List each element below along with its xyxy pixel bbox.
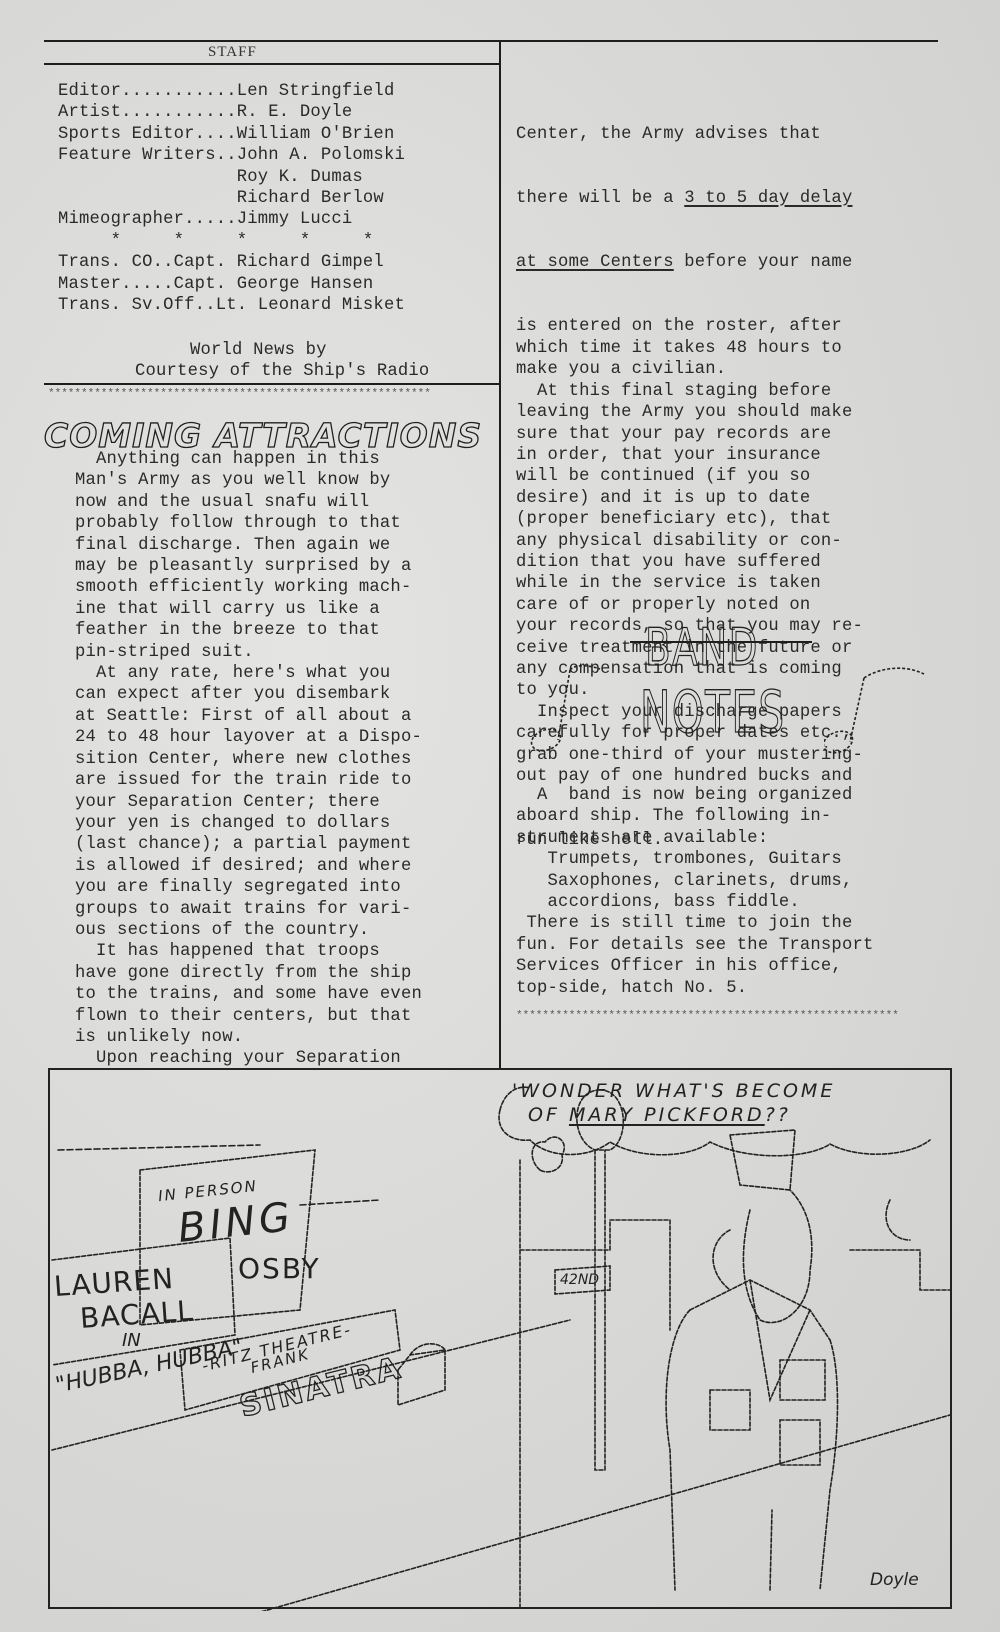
speech-prefix: OF: [528, 1104, 569, 1126]
staff-title-underline: [44, 63, 500, 65]
staff-line: Artist...........R. E. Doyle: [58, 102, 405, 123]
article-line: pin-striped suit.: [75, 642, 422, 663]
speech-name: MARY PICKFORD: [569, 1104, 765, 1126]
article-line: Man's Army as you well know by: [75, 470, 422, 491]
article-line: your yen is changed to dollars: [75, 813, 422, 834]
article-line: ine that will carry us like a: [75, 599, 422, 620]
speech-suffix: ??: [765, 1104, 791, 1126]
continued-line-1: Center, the Army advises that: [516, 124, 863, 145]
article-line: is entered on the roster, after: [516, 316, 863, 337]
band-notes-title-band: BAND: [645, 618, 759, 678]
continued-line-3: at some Centers before your name: [516, 252, 863, 273]
article-line: feather in the breeze to that: [75, 620, 422, 641]
bacall-sign-line-3: IN: [122, 1330, 141, 1351]
article-line: ous sections of the country.: [75, 920, 422, 941]
top-rule: [44, 40, 938, 42]
credit-line-2: Courtesy of the Ship's Radio: [135, 361, 429, 382]
article-line: At any rate, here's what you: [75, 663, 422, 684]
music-note-left-icon: [528, 660, 628, 760]
article-line: now and the usual snafu will: [75, 492, 422, 513]
staff-line: * * * * *: [58, 231, 405, 252]
article-line: while in the service is taken: [516, 573, 863, 594]
staff-list: Editor...........Len StringfieldArtist..…: [58, 81, 405, 316]
article-line: may be pleasantly surprised by a: [75, 556, 422, 577]
article-line: probably follow through to that: [75, 513, 422, 534]
artist-signature: Doyle: [870, 1570, 919, 1590]
article-line: desire) and it is up to date: [516, 488, 863, 509]
article-line: It has happened that troops: [75, 941, 422, 962]
staff-line: Editor...........Len Stringfield: [58, 81, 405, 102]
cartoon-drawing: [50, 1070, 954, 1611]
article-line: are issued for the train ride to: [75, 770, 422, 791]
article-line: any physical disability or con-: [516, 531, 863, 552]
band-notes-line: top-side, hatch No. 5.: [516, 978, 873, 999]
band-notes-line: Services Officer in his office,: [516, 956, 873, 977]
article-line: final discharge. Then again we: [75, 535, 422, 556]
credit-line-1: World News by: [190, 340, 327, 361]
article-line: make you a civilian.: [516, 359, 863, 380]
article-line: your Separation Center; there: [75, 792, 422, 813]
speech-line-1: 'WONDER WHAT'S BECOME: [512, 1080, 835, 1102]
staff-line: Sports Editor....William O'Brien: [58, 124, 405, 145]
underlined-delay: 3 to 5 day delay: [684, 189, 852, 208]
article-line: you are finally segregated into: [75, 877, 422, 898]
bing-sign-line-3: OSBY: [238, 1252, 321, 1285]
article-line: sition Center, where new clothes: [75, 749, 422, 770]
street-sign-42nd: 42ND: [560, 1272, 599, 1288]
band-notes-body: A band is now being organizedaboard ship…: [516, 785, 873, 999]
article-line: which time it takes 48 hours to: [516, 338, 863, 359]
band-notes-line: aboard ship. The following in-: [516, 806, 873, 827]
article-line: flown to their centers, but that: [75, 1006, 422, 1027]
article-line: can expect after you disembark: [75, 684, 422, 705]
continued-text: there will be a: [516, 189, 684, 208]
continued-line-2: there will be a 3 to 5 day delay: [516, 188, 863, 209]
underlined-centers: at some Centers: [516, 253, 674, 272]
staff-line: Master.....Capt. George Hansen: [58, 274, 405, 295]
band-notes-title-notes: NOTES: [640, 678, 786, 746]
article-line: in order, that your insurance: [516, 445, 863, 466]
staff-line: Feature Writers..John A. Polomski: [58, 145, 405, 166]
staff-line: Mimeographer.....Jimmy Lucci: [58, 209, 405, 230]
article-line: (proper beneficiary etc), that: [516, 509, 863, 530]
cartoon-panel: 'WONDER WHAT'S BECOME OF MARY PICKFORD??…: [48, 1068, 952, 1609]
article-line: is allowed if desired; and where: [75, 856, 422, 877]
band-notes-line: There is still time to join the: [516, 913, 873, 934]
band-notes-line: Saxophones, clarinets, drums,: [516, 871, 873, 892]
article-line: have gone directly from the ship: [75, 963, 422, 984]
band-notes-line: A band is now being organized: [516, 785, 873, 806]
band-notes-line: Trumpets, trombones, Guitars: [516, 849, 873, 870]
article-line: At this final staging before: [516, 381, 863, 402]
article-line: care of or properly noted on: [516, 595, 863, 616]
staff-line: Roy K. Dumas: [58, 167, 405, 188]
article-line: (last chance); a partial payment: [75, 834, 422, 855]
staff-line: Richard Berlow: [58, 188, 405, 209]
staff-heading: STAFF: [208, 44, 257, 61]
article-line: Upon reaching your Separation: [75, 1048, 422, 1069]
band-notes-line: fun. For details see the Transport: [516, 935, 873, 956]
article-line: smooth efficiently working mach-: [75, 577, 422, 598]
staff-line: Trans. CO..Capt. Richard Gimpel: [58, 252, 405, 273]
article-line: to the trains, and some have even: [75, 984, 422, 1005]
article-line: will be continued (if you so: [516, 466, 863, 487]
coming-attractions-body: Anything can happen in thisMan's Army as…: [75, 449, 422, 1070]
music-note-right-icon: [824, 660, 934, 760]
speech-line-2: OF MARY PICKFORD??: [528, 1104, 791, 1126]
band-notes-separator: ****************************************…: [516, 1010, 936, 1022]
column-divider: [499, 40, 501, 1068]
article-line: 24 to 48 hour layover at a Dispo-: [75, 727, 422, 748]
article-line: is unlikely now.: [75, 1027, 422, 1048]
article-line: leaving the Army you should make: [516, 402, 863, 423]
band-notes-line: accordions, bass fiddle.: [516, 892, 873, 913]
article-line: groups to await trains for vari-: [75, 899, 422, 920]
article-line: dition that you have suffered: [516, 552, 863, 573]
band-notes-line: struments are available:: [516, 828, 873, 849]
staff-bottom-rule: [44, 383, 500, 385]
staff-separator: ****************************************…: [48, 388, 496, 400]
article-line: sure that your pay records are: [516, 424, 863, 445]
article-line: at Seattle: First of all about a: [75, 706, 422, 727]
continued-text: before your name: [674, 253, 853, 272]
article-line: Anything can happen in this: [75, 449, 422, 470]
staff-line: Trans. Sv.Off..Lt. Leonard Misket: [58, 295, 405, 316]
